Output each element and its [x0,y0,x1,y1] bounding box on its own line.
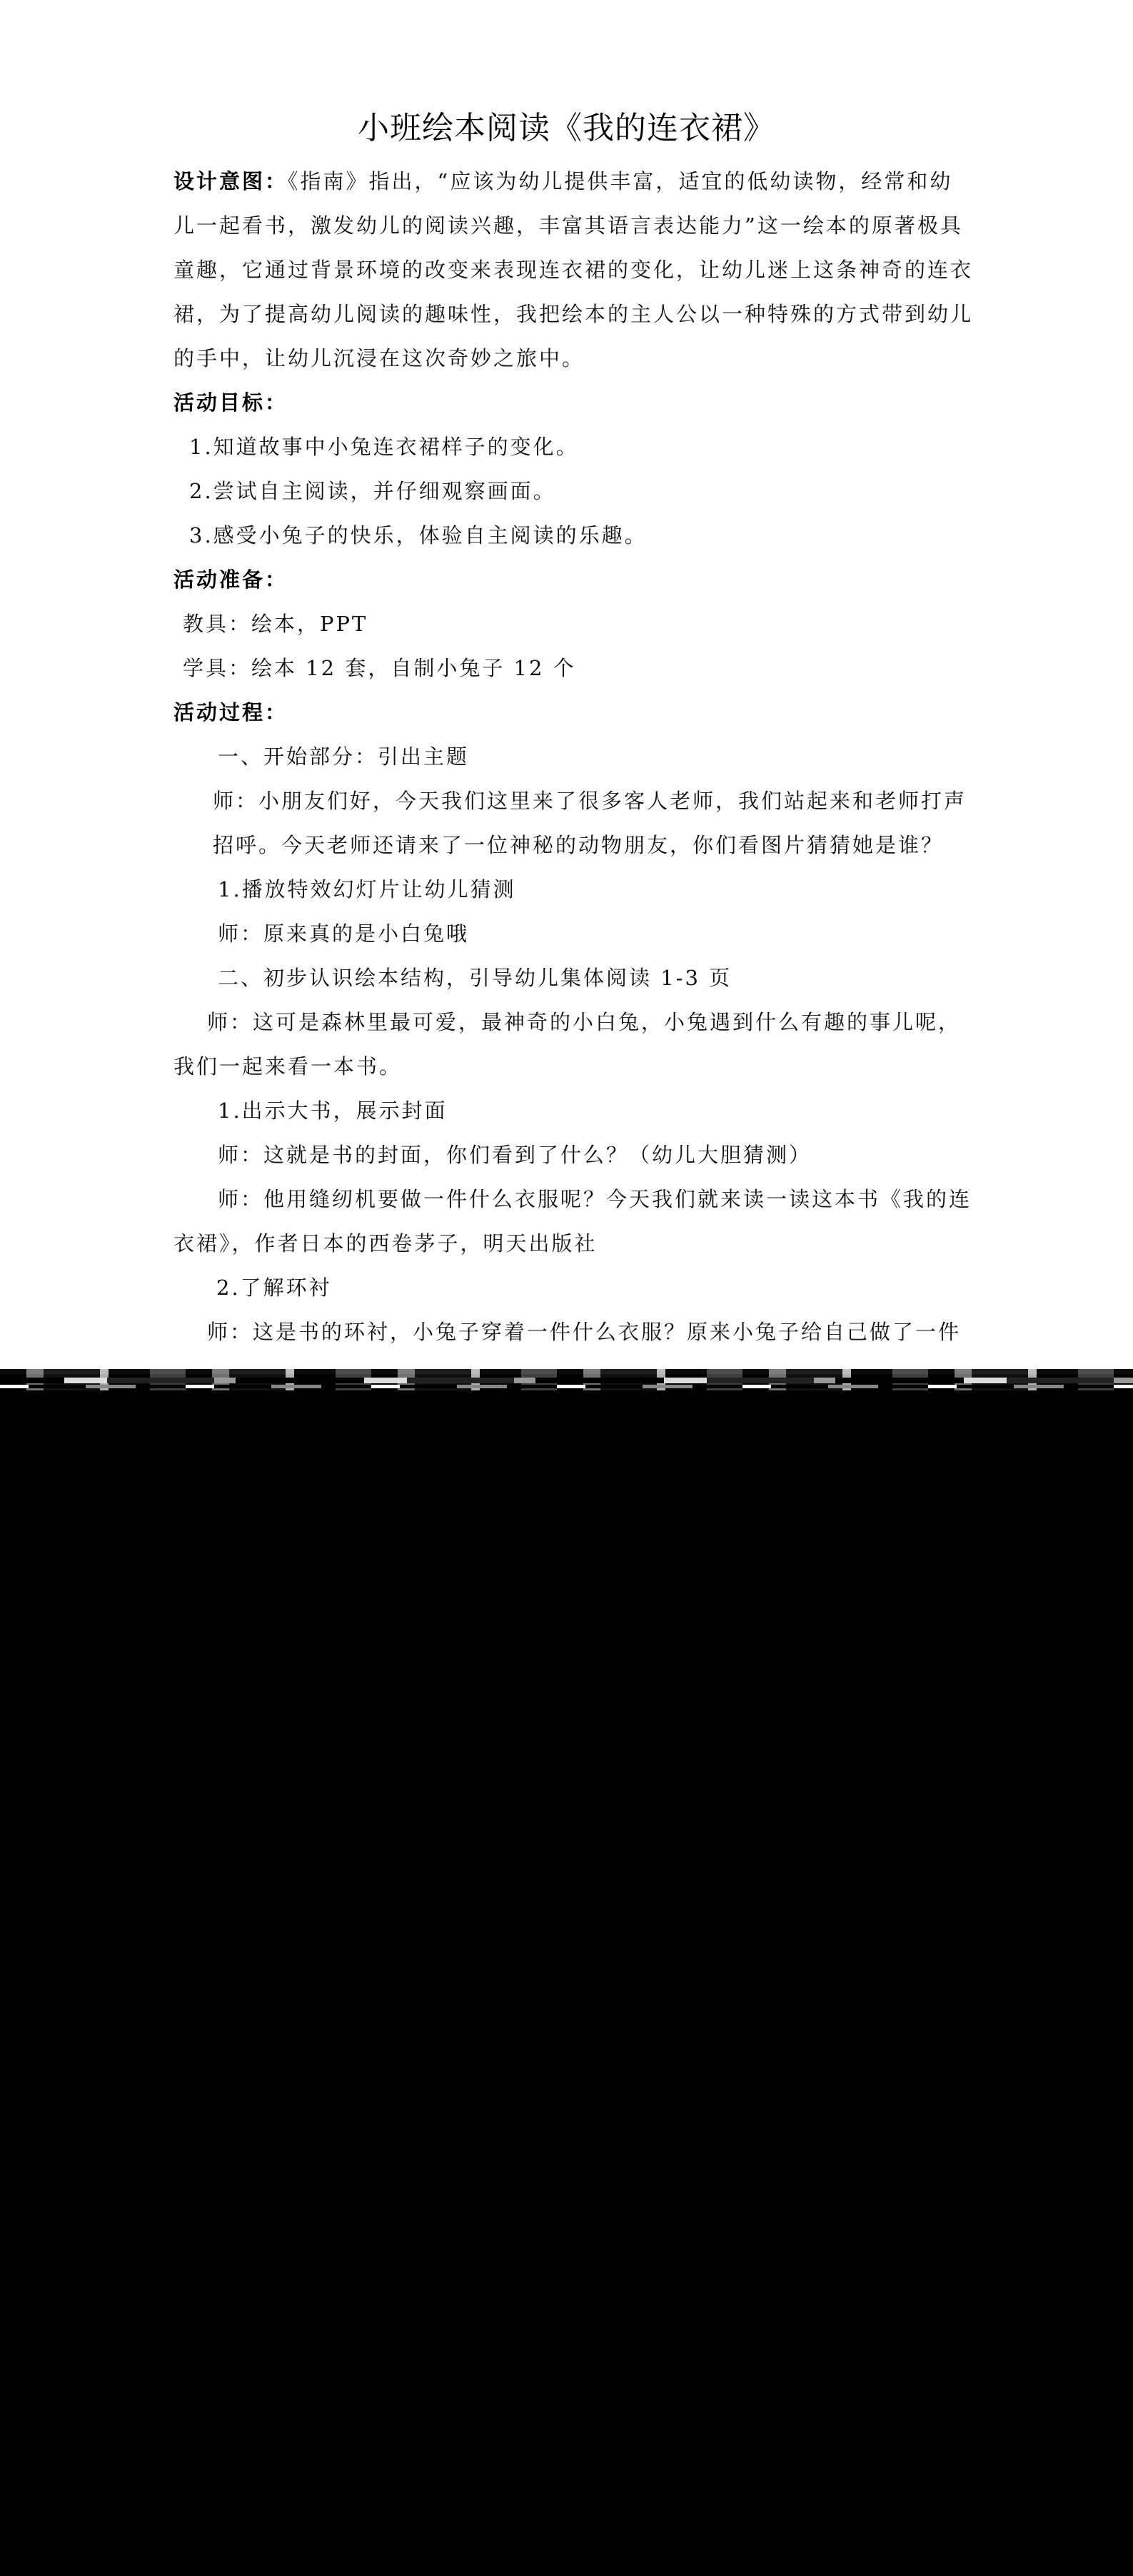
process-line-6: 二、初步认识绘本结构，引导幼儿集体阅读 1-3 页 [218,964,732,992]
process-heading: 活动过程： [173,698,288,727]
design-intent-label: 设计意图： [173,169,288,193]
preparation-item-learning-aids: 学具：绘本 12 套，自制小兔子 12 个 [183,654,576,682]
document-page: 小班绘本阅读《我的连衣裙》 设计意图：《指南》指出，“应该为幼儿提供丰富，适宜的… [0,0,1133,1374]
process-line-14: 师：这是书的环衬，小兔子穿着一件什么衣服？原来小兔子给自己做了一件 [207,1318,961,1346]
design-intent-line-5: 的手中，让幼儿沉浸在这次奇妙之旅中。 [173,344,585,373]
process-line-9: 1.出示大书，展示封面 [218,1096,448,1125]
process-line-8: 我们一起来看一本书。 [173,1052,402,1081]
design-intent-line-2: 儿一起看书，激发幼儿的阅读兴趣，丰富其语言表达能力”这一绘本的原著极具 [173,211,963,240]
scan-noise-band-3 [0,1385,1133,1388]
process-line-2: 师：小朋友们好，今天我们这里来了很多客人老师，我们站起来和老师打声 [213,787,967,815]
preparation-item-teaching-aids: 教具：绘本，PPT [183,610,368,638]
process-line-4: 1.播放特效幻灯片让幼儿猜测 [218,875,516,904]
process-line-3: 招呼。今天老师还请来了一位神秘的动物朋友，你们看图片猜猜她是谁？ [213,831,944,859]
document-title: 小班绘本阅读《我的连衣裙》 [0,107,1133,150]
goal-item-3: 3.感受小兔子的快乐，体验自主阅读的乐趣。 [189,521,648,550]
goal-item-1: 1.知道故事中小兔连衣裙样子的变化。 [189,433,579,461]
process-line-11: 师：他用缝纫机要做一件什么衣服呢？今天我们就来读一读这本书《我的连 [218,1185,972,1213]
design-intent-line-3: 童趣，它通过背景环境的改变来表现连衣裙的变化，让幼儿迷上这条神奇的连衣 [173,256,973,284]
design-intent-line-1: 设计意图：《指南》指出，“应该为幼儿提供丰富，适宜的低幼读物，经常和幼 [173,167,952,196]
goals-heading: 活动目标： [173,388,288,417]
process-line-13: 2.了解环衬 [216,1273,332,1302]
process-line-12: 衣裙》，作者日本的西卷茅子，明天出版社 [173,1229,598,1258]
blank-black-region [0,1390,1133,2576]
scan-noise-band-2 [0,1378,1133,1383]
process-line-1: 一、开始部分：引出主题 [218,742,469,771]
process-line-7: 师：这可是森林里最可爱，最神奇的小白兔，小兔遇到什么有趣的事儿呢， [207,1008,961,1036]
process-line-5: 师：原来真的是小白兔哦 [218,919,469,948]
preparation-heading: 活动准备： [173,565,288,594]
goal-item-2: 2.尝试自主阅读，并仔细观察画面。 [189,477,556,505]
design-intent-text: 《指南》指出，“应该为幼儿提供丰富，适宜的低幼读物，经常和幼 [288,169,952,193]
design-intent-line-4: 裙，为了提高幼儿阅读的趣味性，我把绘本的主人公以一种特殊的方式带到幼儿 [173,300,973,328]
process-line-10: 师：这就是书的封面，你们看到了什么？（幼儿大胆猜测） [218,1141,812,1169]
